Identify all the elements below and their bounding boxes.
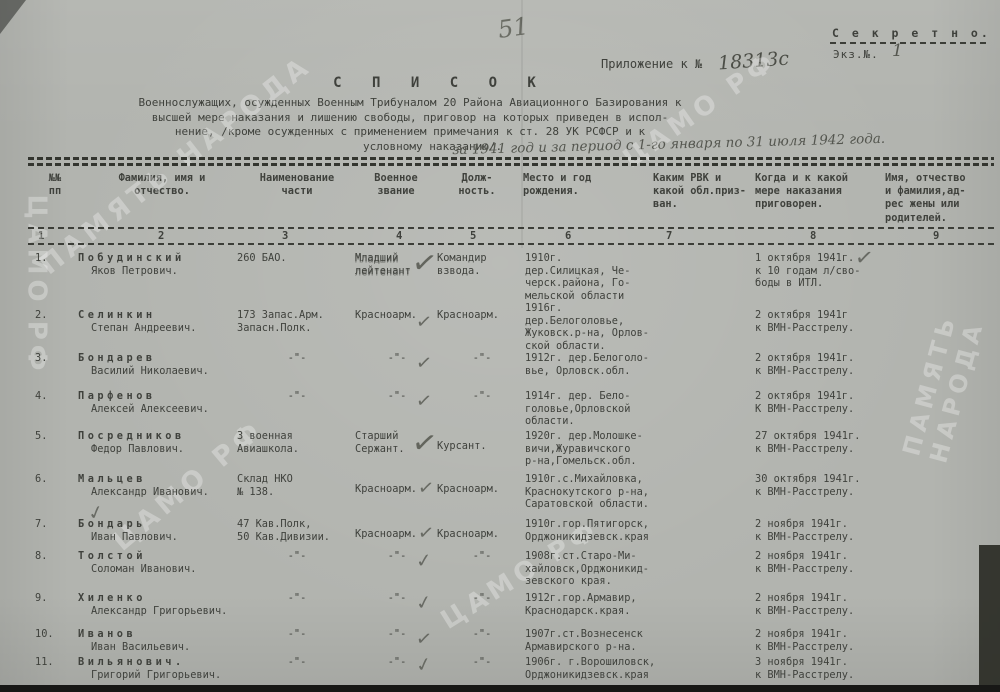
- column-number: 7: [666, 230, 672, 242]
- separator-line: [28, 243, 994, 245]
- given-name: Алексей Алексеевич.: [78, 403, 246, 416]
- row-number: 7.: [35, 518, 75, 531]
- surname: Побудинский: [78, 252, 246, 265]
- col-header-num: №№ пп: [33, 172, 77, 198]
- person-name: Селинкин Степан Андреевич.: [78, 309, 246, 334]
- sentence: 2 ноября 1941г. к ВМН-Расстрелу.: [755, 592, 889, 617]
- birth-place: 1912г.гор.Армавир, Краснодарск.края.: [525, 592, 659, 617]
- unit: Склад НКО № 138.: [237, 473, 357, 498]
- birth-place: 1910г.с.Михайловка, Краснокутского р-на,…: [525, 473, 659, 511]
- column-number: 5: [470, 230, 476, 242]
- birth-place: 1908г.ст.Старо-Ми- хайловск,Орджоникид- …: [525, 550, 659, 588]
- row-number: 6.: [35, 473, 75, 486]
- unit: -"-: [237, 656, 357, 669]
- checkmark-icon: ✓: [417, 476, 436, 500]
- col-header-duty: Долж- ность.: [437, 172, 517, 198]
- sentence: 30 октября 1941г. к ВМН-Расстрелу.: [755, 473, 889, 498]
- classification-stamp: С е к р е т н о.: [832, 26, 991, 40]
- surname: Иванов: [78, 628, 246, 641]
- given-name: Федор Павлович.: [78, 443, 246, 456]
- duty: Командир взвода.: [437, 252, 527, 277]
- duty: Красноарм.: [437, 309, 527, 322]
- duty: Курсант.: [437, 440, 527, 453]
- column-number: 6: [565, 230, 571, 242]
- sentence: 2 октября 1941г. к ВМН-Расстрелу.: [755, 352, 889, 377]
- col-header-sentence: Когда и к какой мере наказания приговоре…: [755, 172, 881, 212]
- checkmark-icon: ✓: [417, 521, 436, 545]
- sentence: 2 ноября 1941г. к ВМН-Расстрелу.: [755, 518, 889, 543]
- attachment-label: Приложение к №: [601, 57, 702, 71]
- column-number: 4: [396, 230, 402, 242]
- scan-right-edge: [979, 545, 1000, 692]
- surname: Парфенов: [78, 390, 246, 403]
- column-number: 9: [933, 230, 939, 242]
- sentence: 2 октября 1941г к ВМН-Расстрелу.: [755, 309, 889, 334]
- birth-place: 1916г. дер.Белоголовье, Жуковск.р-на, Ор…: [525, 302, 659, 352]
- col-header-name: Фамилия, имя и отчество.: [78, 172, 246, 198]
- person-name: Хиленко Александр Григорьевич.: [78, 592, 246, 617]
- copy-number-value: 1: [892, 41, 903, 61]
- separator-line: [28, 163, 994, 166]
- checkmark-icon: ✓: [409, 424, 440, 463]
- row-number: 5.: [35, 430, 75, 443]
- unit: 47 Кав.Полк, 50 Кав.Дивизии.: [237, 518, 357, 543]
- given-name: Александр Иванович.: [78, 486, 246, 499]
- duty: -"-: [437, 628, 527, 641]
- birth-place: 1912г. дер.Белоголо- вье, Орловск.обл.: [525, 352, 659, 377]
- birth-place: 1910г. дер.Силицкая, Че- черск.района, Г…: [525, 252, 659, 302]
- birth-place: 1920г. дер.Молошке- вичи,Журавичского р-…: [525, 430, 659, 468]
- birth-place: 1906г. г.Ворошиловск, Орджоникидзевск.кр…: [525, 656, 659, 681]
- given-name: Василий Николаевич.: [78, 365, 246, 378]
- sentence: 27 октября 1941г. к ВМН-Расстрелу.: [755, 430, 889, 455]
- given-name: Иван Васильевич.: [78, 641, 246, 654]
- paper-fold-line: [521, 0, 523, 248]
- surname: Хиленко: [78, 592, 246, 605]
- surname: Селинкин: [78, 309, 246, 322]
- subtitle-line: высшей мере наказания и лишению свободы,…: [0, 111, 820, 126]
- person-name: Посредников Федор Павлович.: [78, 430, 246, 455]
- unit: -"-: [237, 352, 357, 365]
- birth-place: 1910г.гор.Пятигорск, Орджоникидзевск.кра…: [525, 518, 659, 543]
- col-header-rvk: Каким РВК и какой обл.приз- ван.: [653, 172, 765, 212]
- birth-place: 1907г.ст.Вознесенск Армавирского р-на.: [525, 628, 659, 653]
- attachment-number: 18313с: [717, 48, 789, 75]
- watermark-memory: ПАМЯТЬ НАРОДА: [897, 310, 989, 466]
- duty: -"-: [437, 656, 527, 669]
- duty: Красноарм.: [437, 483, 527, 496]
- person-name: Вильянович. Григорий Григорьевич.: [78, 656, 246, 681]
- row-number: 2.: [35, 309, 75, 322]
- column-number: 3: [282, 230, 288, 242]
- unit: -"-: [237, 550, 357, 563]
- surname: Вильянович.: [78, 656, 246, 669]
- person-name: Побудинский Яков Петрович.: [78, 252, 246, 277]
- col-header-birth: Место и год рождения.: [523, 172, 633, 198]
- given-name: Григорий Григорьевич.: [78, 669, 246, 682]
- row-number: 9.: [35, 592, 75, 605]
- checkmark-icon: ✓: [415, 549, 433, 573]
- given-name: Иван Павлович.: [78, 531, 246, 544]
- separator-line: [28, 157, 994, 160]
- given-name: Степан Андреевич.: [78, 322, 246, 335]
- duty: -"-: [437, 390, 527, 403]
- duty: -"-: [437, 352, 527, 365]
- row-number: 10.: [35, 628, 75, 641]
- row-number: 11.: [35, 656, 75, 669]
- row-number: 8.: [35, 550, 75, 563]
- sentence: 2 ноября 1941г. к ВМН-Расстрелу.: [755, 628, 889, 653]
- document-title: С П И С О К: [0, 75, 880, 91]
- surname: Бондарев: [78, 352, 246, 365]
- checkmark-icon: ✓: [415, 351, 434, 375]
- surname: Мальцев: [78, 473, 246, 486]
- col-header-rank: Военное звание: [353, 172, 439, 198]
- checkmark-icon: ✓: [415, 389, 434, 413]
- unit: -"-: [237, 592, 357, 605]
- given-name: Соломан Иванович.: [78, 563, 246, 576]
- row-number: 3.: [35, 352, 75, 365]
- separator-line: [28, 227, 994, 229]
- given-name: Александр Григорьевич.: [78, 605, 246, 618]
- row-number: 4.: [35, 390, 75, 403]
- duty: -"-: [437, 550, 527, 563]
- watermark-archive: ЦАМО РФ: [22, 194, 52, 375]
- person-name: Мальцев Александр Иванович.: [78, 473, 246, 498]
- sentence: 3 ноября 1941г. к ВМН-Расстрелу.: [755, 656, 889, 681]
- person-name: Иванов Иван Васильевич.: [78, 628, 246, 653]
- checkmark-icon: ✓: [853, 245, 875, 272]
- classification-underline: [830, 42, 988, 44]
- birth-place: 1914г. дер. Бело- головье,Орловской обла…: [525, 390, 659, 428]
- given-name: Яков Петрович.: [78, 265, 246, 278]
- duty: Красноарм.: [437, 528, 527, 541]
- person-name: Толстой Соломан Иванович.: [78, 550, 246, 575]
- scan-corner-shadow: [0, 0, 26, 34]
- row-number: 1.: [35, 252, 75, 265]
- duty: -"-: [437, 592, 527, 605]
- checkmark-icon: ✓: [415, 627, 434, 651]
- col-header-unit: Наименование части: [237, 172, 357, 198]
- handwritten-page-number: 51: [496, 12, 530, 44]
- unit: 173 Запас.Арм. Запасн.Полк.: [237, 309, 357, 334]
- copy-number-label: Экз.№.: [833, 48, 879, 61]
- column-number: 2: [158, 230, 164, 242]
- col-header-family: Имя, отчество и фамилия,ад- рес жены или…: [885, 172, 997, 225]
- sentence: 2 ноября 1941г. к ВМН-Расстрелу.: [755, 550, 889, 575]
- column-number: 1: [38, 230, 44, 242]
- subtitle-line: Военнослужащих, осужденных Военным Трибу…: [0, 96, 820, 111]
- unit: -"-: [237, 628, 357, 641]
- unit: 260 БАО.: [237, 252, 357, 265]
- person-name: Парфенов Алексей Алексеевич.: [78, 390, 246, 415]
- person-name: Бондарев Василий Николаевич.: [78, 352, 246, 377]
- surname: Посредников: [78, 430, 246, 443]
- column-number: 8: [810, 230, 816, 242]
- checkmark-icon: ✓: [415, 310, 434, 334]
- surname: Толстой: [78, 550, 246, 563]
- unit: 3 военная Авиашкола.: [237, 430, 357, 455]
- unit: -"-: [237, 390, 357, 403]
- sentence: 2 октября 1941г. К ВМН-Расстрелу.: [755, 390, 889, 415]
- scan-bottom-edge: [0, 685, 1000, 692]
